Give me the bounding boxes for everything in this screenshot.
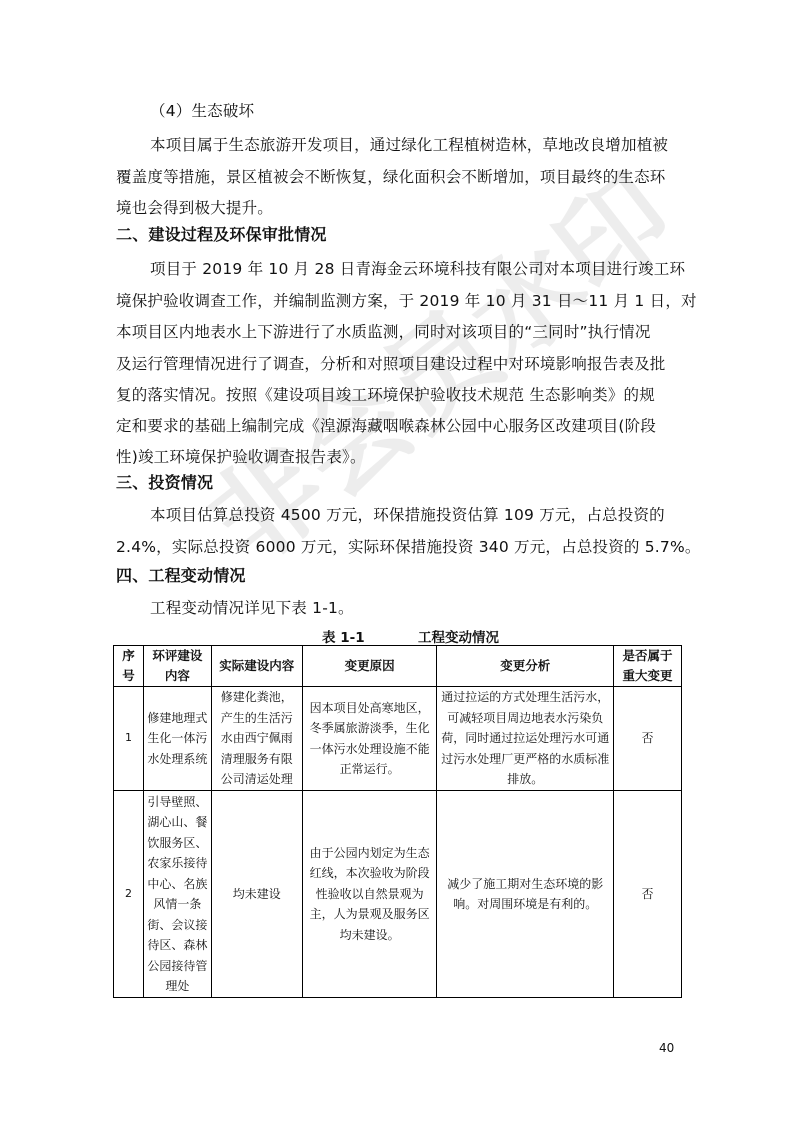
table-row: 1 修建地理式生化一体污水处理系统 修建化粪池，产生的生活污水由西宁佩雨清理服务… bbox=[114, 687, 682, 791]
paragraph-line: 项目于 2019 年 10 月 28 日青海金云环境科技有限公司对本项目进行竣工… bbox=[150, 259, 720, 279]
cell-planned: 修建地理式生化一体污水处理系统 bbox=[143, 687, 211, 791]
paragraph-line: 性)竣工环境保护验收调查报告表》。 bbox=[116, 447, 686, 467]
cell-actual: 均未建设 bbox=[211, 791, 302, 998]
header-planned: 环评建设内容 bbox=[143, 646, 211, 687]
header-major: 是否属于重大变更 bbox=[614, 646, 682, 687]
header-analysis: 变更分析 bbox=[437, 646, 614, 687]
section-heading-changes: 四、工程变动情况 bbox=[116, 566, 686, 586]
paragraph-line: 境也会得到极大提升。 bbox=[116, 198, 686, 218]
paragraph-line: 本项目区内地表水上下游进行了水质监测，同时对该项目的“三同时”执行情况 bbox=[116, 322, 686, 342]
cell-major: 否 bbox=[614, 687, 682, 791]
cell-reason: 因本项目处高寒地区，冬季属旅游淡季，生化一体污水处理设施不能正常运行。 bbox=[302, 687, 437, 791]
cell-no: 1 bbox=[114, 687, 144, 791]
header-actual: 实际建设内容 bbox=[211, 646, 302, 687]
cell-planned: 引导壁照、湖心山、餐饮服务区、农家乐接待中心、名族风情一条街、会议接待区、森林公… bbox=[143, 791, 211, 998]
table-caption-number: 表 1-1 bbox=[322, 626, 365, 646]
table-header-row: 序号 环评建设内容 实际建设内容 变更原因 变更分析 是否属于重大变更 bbox=[114, 646, 682, 687]
cell-actual: 修建化粪池，产生的生活污水由西宁佩雨清理服务有限公司清运处理 bbox=[211, 687, 302, 791]
table-caption-title: 工程变动情况 bbox=[418, 626, 499, 646]
table-row: 2 引导壁照、湖心山、餐饮服务区、农家乐接待中心、名族风情一条街、会议接待区、森… bbox=[114, 791, 682, 998]
paragraph-line: 及运行管理情况进行了调查，分析和对照项目建设过程中对环境影响报告表及批 bbox=[116, 354, 686, 374]
paragraph-line: 定和要求的基础上编制完成《湟源海藏咽喉森林公园中心服务区改建项目(阶段 bbox=[116, 416, 686, 436]
section-heading-construction: 二、建设过程及环保审批情况 bbox=[116, 225, 686, 245]
change-table: 序号 环评建设内容 实际建设内容 变更原因 变更分析 是否属于重大变更 1 修建… bbox=[113, 645, 682, 998]
cell-reason: 由于公园内划定为生态红线，本次验收为阶段性验收以自然景观为主，人为景观及服务区均… bbox=[302, 791, 437, 998]
document-page: 非会员水印 （4）生态破坏 本项目属于生态旅游开发项目，通过绿化工程植树造林，草… bbox=[0, 0, 793, 1122]
paragraph-line: 复的落实情况。按照《建设项目竣工环境保护验收技术规范 生态影响类》的规 bbox=[116, 385, 686, 405]
section-heading-investment: 三、投资情况 bbox=[116, 473, 686, 493]
paragraph-line: 本项目估算总投资 4500 万元，环保措施投资估算 109 万元，占总投资的 bbox=[150, 505, 720, 525]
paragraph-line: 境保护验收调查工作，并编制监测方案，于 2019 年 10 月 31 日～11 … bbox=[116, 291, 686, 311]
cell-no: 2 bbox=[114, 791, 144, 998]
paragraph-line: 本项目属于生态旅游开发项目，通过绿化工程植树造林，草地改良增加植被 bbox=[150, 135, 720, 155]
paragraph-line: 覆盖度等措施，景区植被会不断恢复，绿化面积会不断增加，项目最终的生态环 bbox=[116, 167, 686, 187]
header-no: 序号 bbox=[114, 646, 144, 687]
page-number: 40 bbox=[659, 1041, 674, 1055]
paragraph-line: 工程变动情况详见下表 1-1。 bbox=[150, 598, 720, 618]
paragraph-line: 2.4%，实际总投资 6000 万元，实际环保措施投资 340 万元，占总投资的… bbox=[116, 537, 686, 557]
header-reason: 变更原因 bbox=[302, 646, 437, 687]
cell-major: 否 bbox=[614, 791, 682, 998]
subsection-heading-ecology: （4）生态破坏 bbox=[150, 101, 720, 121]
cell-analysis: 减少了施工期对生态环境的影响。对周围环境是有利的。 bbox=[437, 791, 614, 998]
cell-analysis: 通过拉运的方式处理生活污水，可减轻项目周边地表水污染负荷，同时通过拉运处理污水可… bbox=[437, 687, 614, 791]
